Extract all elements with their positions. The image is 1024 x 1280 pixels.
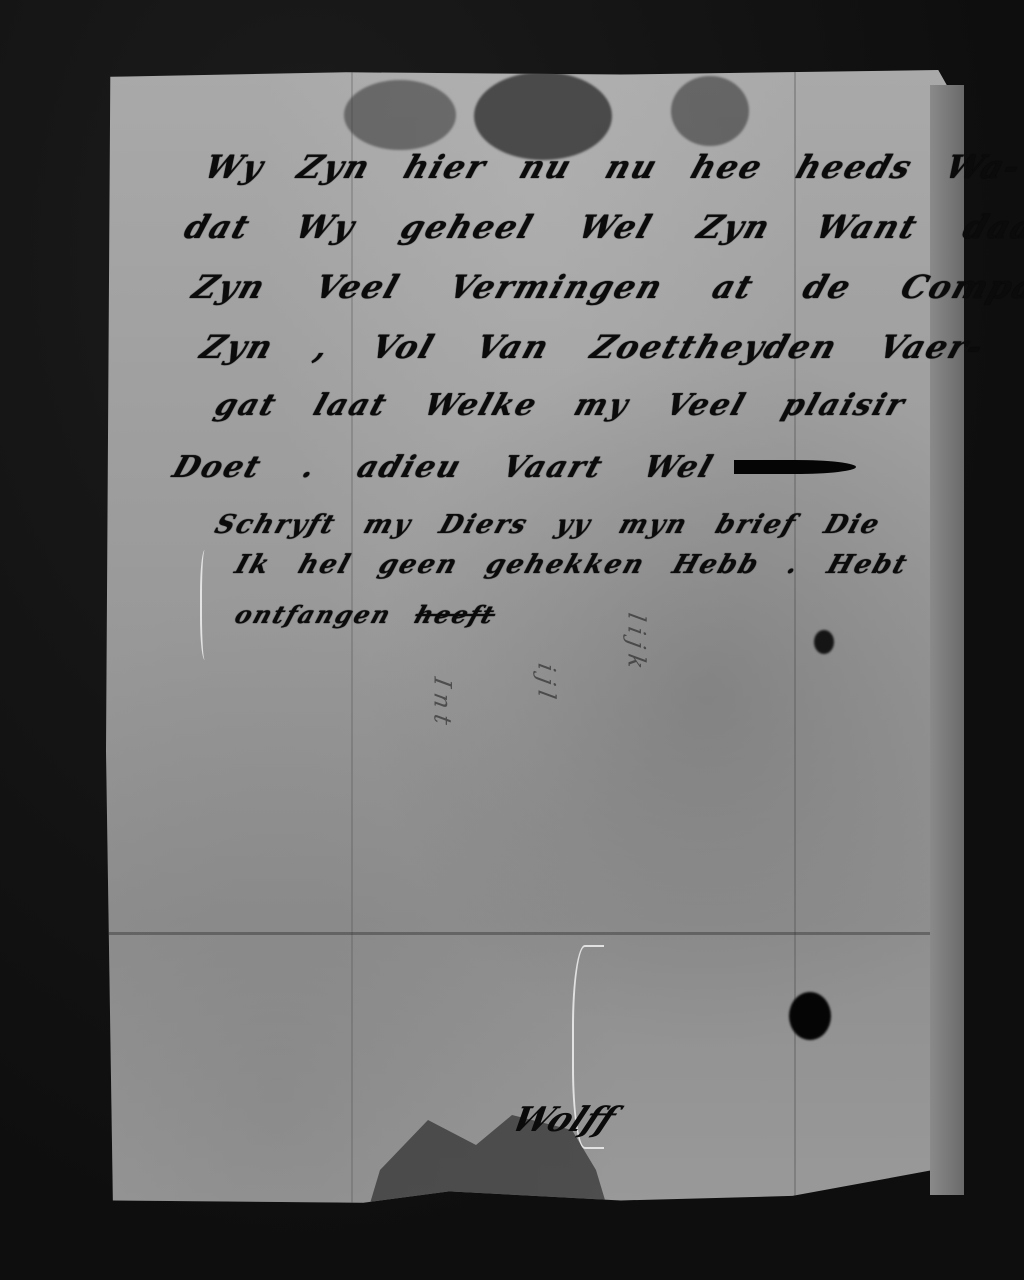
fold-crease-horizontal xyxy=(106,932,964,935)
letter-line: ontfangen heeft xyxy=(231,600,500,629)
wax-seal-stain-right xyxy=(671,76,749,146)
bleed-through-text: lijk xyxy=(623,611,651,677)
wax-seal-stain-center xyxy=(474,72,612,160)
signature-fragment: Wolff xyxy=(505,1100,623,1140)
ink-blot-small xyxy=(814,630,834,654)
wax-seal-stain-left xyxy=(344,80,456,150)
struck-text: heeft xyxy=(411,600,500,629)
film-scratch-small xyxy=(200,550,212,660)
letter-line: Doet . adieu Vaart Wel xyxy=(168,450,718,485)
bleed-through-text: ijl xyxy=(532,661,560,707)
letter-line: Wy Zyn hier nu nu hee heeds Wa- xyxy=(200,148,1024,186)
paper-edge-flap xyxy=(930,85,964,1195)
letter-line: Zyn Veel Vermingen at de Compagnie xyxy=(188,268,1024,306)
letter-line: Zyn , Vol Van Zoettheyden Vaer- xyxy=(196,328,990,366)
letter-line: gat laat Welke my Veel plaisir xyxy=(210,388,910,423)
letter-line-text: ontfangen xyxy=(231,600,396,629)
bleed-through-text: Int xyxy=(428,675,456,733)
ink-blot xyxy=(789,992,831,1040)
document-scan: Int ijl lijk Wolff Wy Zyn hier nu nu hee… xyxy=(0,0,1024,1280)
letter-line: Schryft my Diers yy myn brief Die xyxy=(211,510,885,540)
letter-line: Ik hel geen gehekken Hebb . Hebt xyxy=(231,550,912,580)
letter-line: dat Wy geheel Wel Zyn Want daar xyxy=(180,208,1024,246)
ink-flourish-stroke xyxy=(734,460,856,474)
